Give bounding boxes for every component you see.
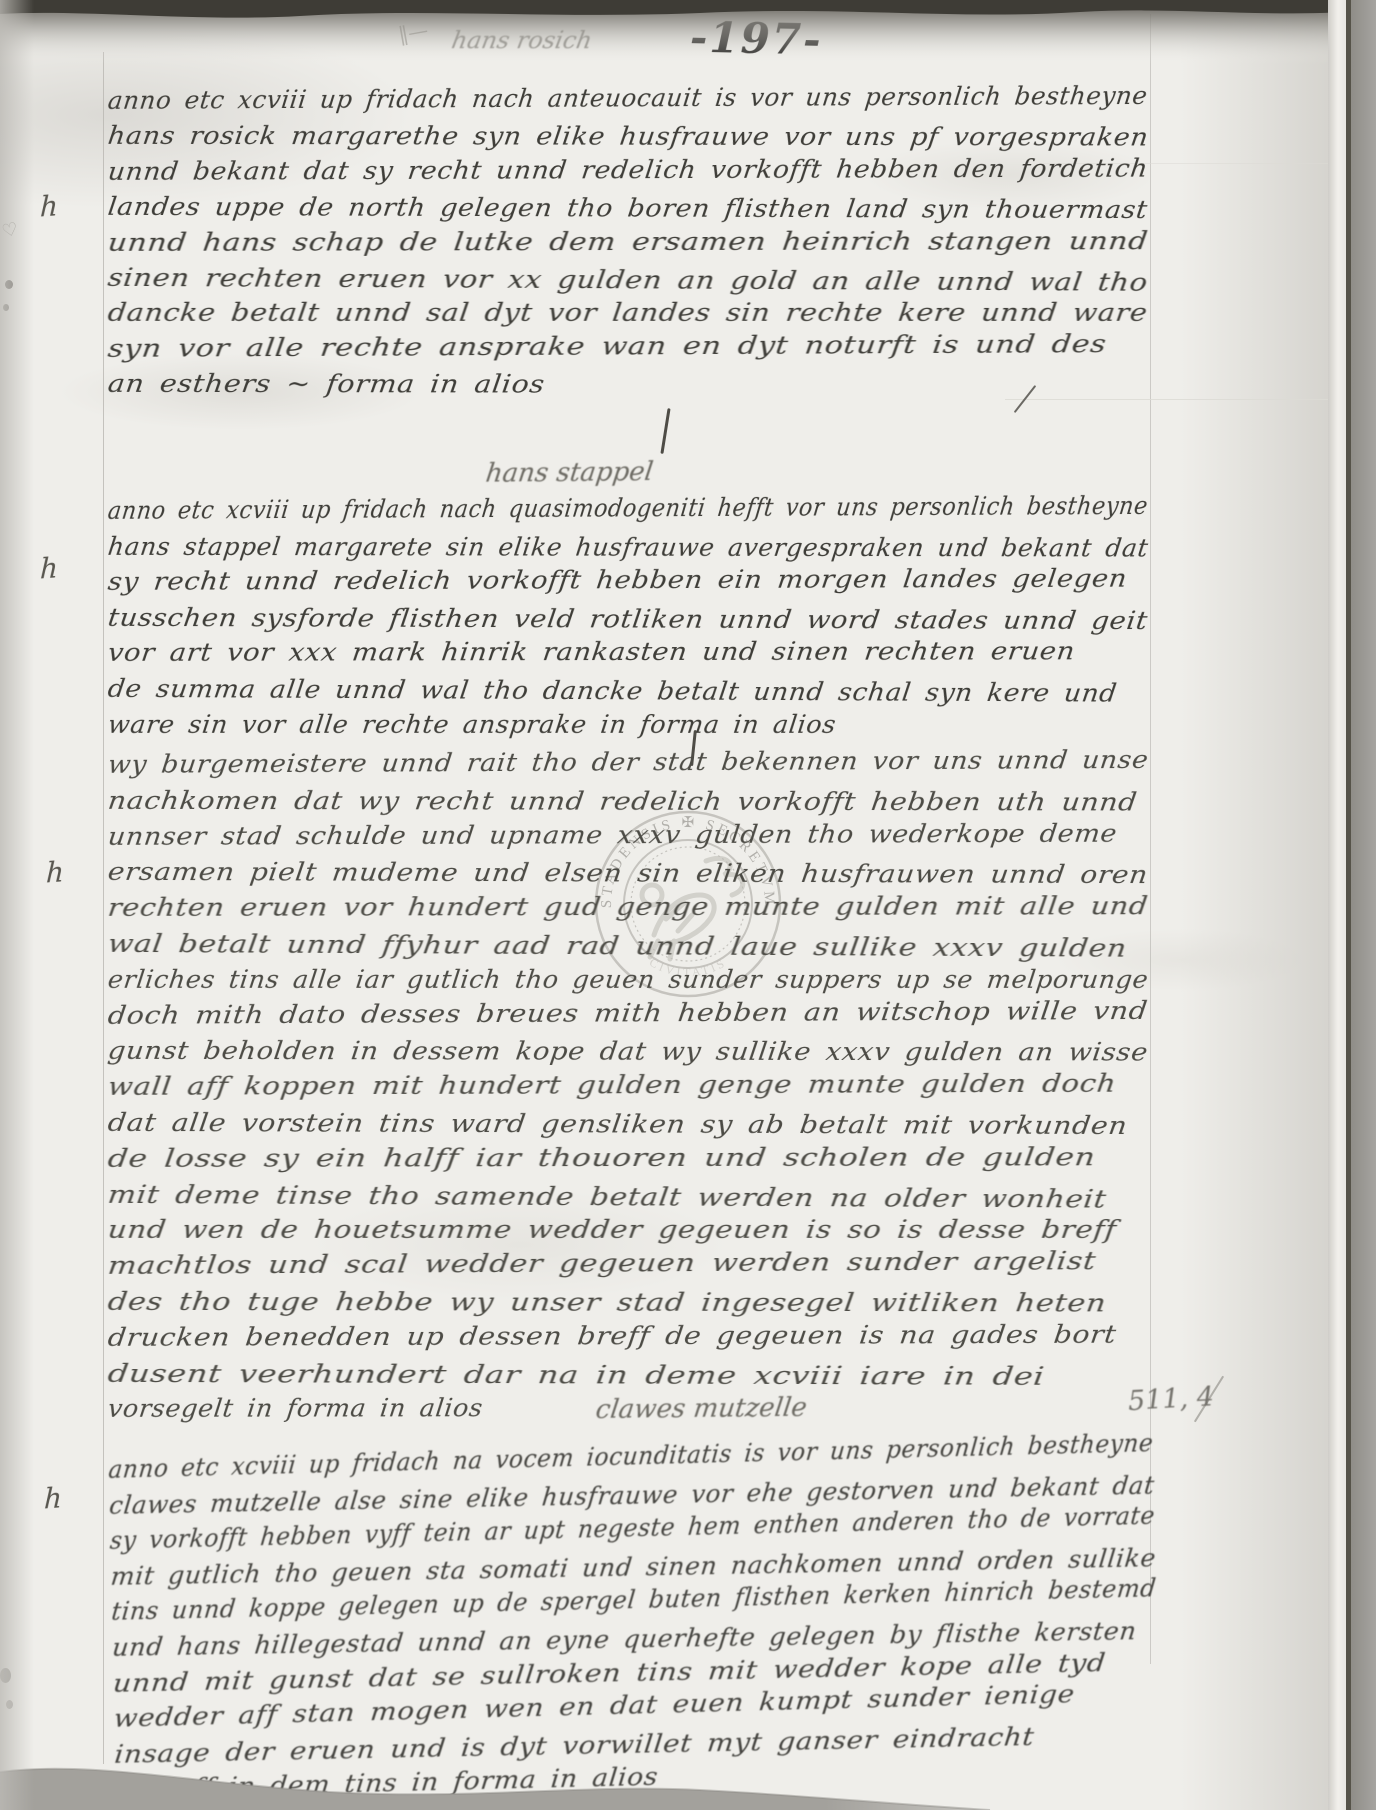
- manuscript-line: unnd hans schap de lutke dem ersamen hei…: [106, 226, 1150, 258]
- manuscript-line: erliches tins alle iar gutlich tho geuen…: [106, 965, 1150, 995]
- manuscript-line: unnser stad schulde und upname xxxv guld…: [106, 818, 1119, 851]
- manuscript-line: mit deme tinse tho samende betalt werden…: [106, 1180, 1108, 1215]
- manuscript-line: rechten eruen vor hundert gud genge munt…: [106, 892, 1150, 924]
- manuscript-line: syn vor alle rechte ansprake wan en dyt …: [106, 329, 1108, 364]
- page-right-edge-highlight: [1328, 0, 1346, 1810]
- margin-letter: h: [39, 189, 58, 223]
- manuscript-line: sy recht unnd redelich vorkofft hebben e…: [106, 564, 1129, 597]
- manuscript-line: unnd bekant dat sy recht unnd redelich v…: [106, 154, 1150, 187]
- manuscript-line: sinen rechten eruen vor xx gulden an gol…: [106, 263, 1150, 298]
- manuscript-line: drucken benedden up dessen breff de gege…: [106, 1320, 1118, 1353]
- manuscript-line: de losse sy ein halff iar thouoren und s…: [106, 1142, 1097, 1174]
- paper-crease: [1005, 399, 1330, 400]
- manuscript-line: vor art vor xxx mark hinrik rankasten un…: [106, 637, 1077, 669]
- page-bottom-edge-shadow: [0, 1748, 1376, 1810]
- manuscript-line: hans rosick margarethe syn elike husfrau…: [106, 121, 1150, 153]
- manuscript-line: wall aff koppen mit hundert gulden genge…: [106, 1069, 1118, 1102]
- manuscript-section: anno etc xcviii up fridach na vocem iocu…: [108, 1433, 1148, 1455]
- manuscript-line: nachkomen dat wy recht unnd redelich vor…: [106, 786, 1139, 818]
- margin-letter: h: [43, 1481, 62, 1515]
- manuscript-line: de summa alle unnd wal tho dancke betalt…: [106, 674, 1119, 709]
- manuscript-line: anno etc xcviii up fridach nach quasimod…: [106, 491, 1149, 526]
- right-margin-annotation: 511, 4: [1127, 1382, 1214, 1417]
- manuscript-line: ersamen pielt mudeme und elsen sin elike…: [106, 857, 1150, 890]
- manuscript-line: dat alle vorstein tins ward gensliken sy…: [106, 1108, 1129, 1141]
- pen-flourish: [660, 408, 670, 454]
- manuscript-line: machtlos und scal wedder gegeuen werden …: [106, 1247, 1098, 1282]
- page-top-torn-edge: [0, 0, 1376, 64]
- right-margin-rule: [1150, 14, 1151, 1664]
- manuscript-line: doch mith dato desses breues mith hebben…: [106, 996, 1149, 1031]
- manuscript-line: an esthers ~ forma in alios: [106, 369, 547, 400]
- manuscript-line: wy burgemeistere unnd rait tho der stat …: [106, 745, 1150, 780]
- scan-background-strip: [1351, 0, 1376, 1810]
- margin-letter: h: [39, 551, 58, 585]
- manuscript-line: vorsegelt in forma in alios: [106, 1394, 484, 1425]
- manuscript-line: tusschen sysforde flisthen veld rotliken…: [106, 603, 1149, 636]
- margin-letter: h: [45, 855, 64, 889]
- section-heading: hans stappel: [484, 457, 655, 489]
- manuscript-line: hans stappel margarete sin elike husfrau…: [106, 532, 1150, 564]
- manuscript-line: dancke betalt unnd sal dyt vor landes si…: [106, 298, 1149, 328]
- left-margin-rule: [103, 52, 104, 1764]
- manuscript-line: ware sin vor alle rechte ansprake in for…: [106, 710, 838, 740]
- manuscript-line: wal betalt unnd ffyhur aad rad unnd laue…: [106, 929, 1129, 964]
- section-heading: clawes mutzelle: [594, 1393, 809, 1425]
- manuscript-line: des tho tuge hebbe wy unser stad ingeseg…: [106, 1287, 1108, 1319]
- page-left-edge-shading: [0, 0, 34, 1810]
- manuscript-line: anno etc xcviii up fridach nach anteuoca…: [106, 81, 1149, 116]
- page-curvature-shading: [1180, 0, 1328, 1810]
- manuscript-line: und wen de houetsumme wedder gegeuen is …: [106, 1215, 1118, 1245]
- manuscript-line: dusent veerhundert dar na in deme xcviii…: [106, 1359, 1046, 1392]
- scanned-manuscript-page: STADENSIS ✠ SECRETVM CIVITATIS ‖— hans r…: [0, 0, 1376, 1810]
- manuscript-line: gunst beholden in dessem kope dat wy sul…: [106, 1036, 1150, 1068]
- section-lines: anno etc xcviii up fridach na vocem iocu…: [108, 1433, 1148, 1455]
- manuscript-line: landes uppe de north gelegen tho boren f…: [106, 192, 1149, 225]
